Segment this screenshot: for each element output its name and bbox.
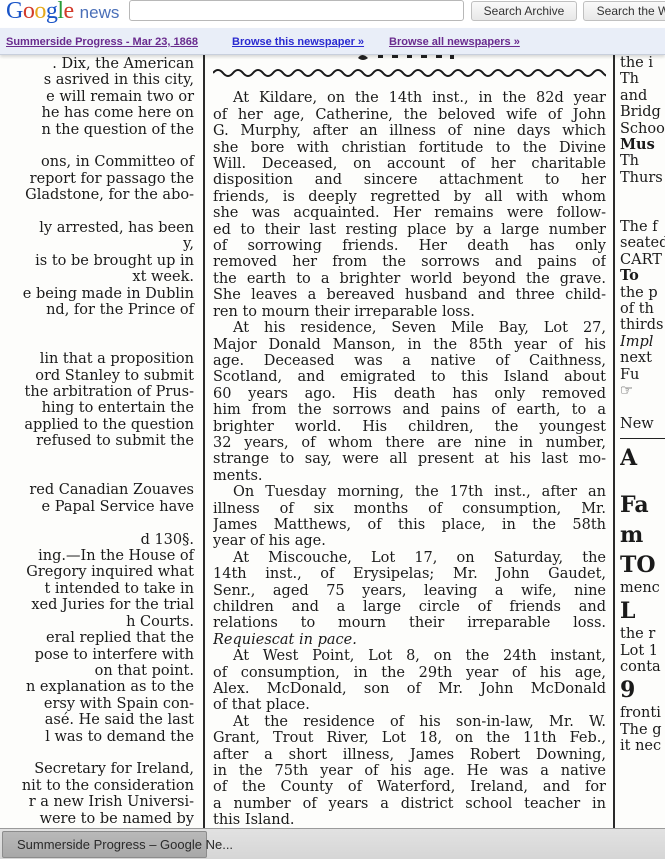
right-column-line: menc <box>620 580 665 596</box>
newspaper-page-viewer[interactable]: . Dix, the Americans asrived in this cit… <box>0 55 665 828</box>
right-column-line: Mus <box>620 137 665 153</box>
left-column-line: n the question of the <box>0 122 200 138</box>
left-column-line: ersy with Spain con- <box>0 696 200 712</box>
right-column-line: The f <box>620 219 665 235</box>
left-column-line: Secretary for Ireland, <box>0 761 200 777</box>
obituary-line: children and a large circle of friends a… <box>213 599 606 615</box>
column-divider <box>620 438 665 439</box>
left-column-line: d 130§. <box>0 532 200 548</box>
right-column-line: of th <box>620 301 665 317</box>
right-column-line: m <box>620 520 665 550</box>
obituary-line: disposition and sincere attachment to he… <box>213 172 606 188</box>
left-column-line: refused to submit the <box>0 433 200 449</box>
obituary-line: of the County of Waterford, Ireland, and… <box>213 779 606 795</box>
left-column-line: e Papal Service have <box>0 499 200 515</box>
right-column-line <box>620 473 665 489</box>
os-taskbar: Summerside Progress – Google Ne... <box>0 828 665 859</box>
right-column-line: ☞ <box>620 383 665 399</box>
right-column-line: thirds <box>620 317 665 333</box>
obituary-line: She leaves a bereaved husband and three … <box>213 287 606 303</box>
right-column-line <box>620 203 665 219</box>
left-column-line: Gladstone, for the abo- <box>0 187 200 203</box>
right-column-line: Fa <box>620 490 665 520</box>
left-column-line: xt week. <box>0 269 200 285</box>
right-column-line: it nec <box>620 738 665 754</box>
right-column-line: Schoo <box>620 121 665 137</box>
right-column-line: the p <box>620 285 665 301</box>
newspaper-issue-link[interactable]: Summerside Progress - Mar 23, 1868 <box>6 36 198 48</box>
left-column-line: t intended to take in <box>0 581 200 597</box>
left-column-line: red Canadian Zouaves <box>0 482 200 498</box>
left-column-line <box>0 450 200 466</box>
right-column-line: seated <box>620 235 665 251</box>
left-column-line: nd, for the Prince of <box>0 302 200 318</box>
obituary-line: in the 75th year of his age. He was a na… <box>213 763 606 779</box>
obituary-line: ments. <box>213 468 606 484</box>
right-column-line: The g <box>620 722 665 738</box>
obituary-line: age. Deceased was a native of Caithness, <box>213 353 606 369</box>
obituary-line: ed to their last resting place by a larg… <box>213 222 606 238</box>
obituary-line: G. Murphy, after an illness of nine days… <box>213 123 606 139</box>
taskbar-window-button[interactable]: Summerside Progress – Google Ne... <box>2 831 207 858</box>
obituary-notice: At the residence of his son-in-law, Mr. … <box>213 714 606 828</box>
obituary-notice: At his residence, Seven Mile Bay, Lot 27… <box>213 320 606 484</box>
obituary-line: Will. Deceased, on account of her charit… <box>213 156 606 172</box>
left-column-line: were to be named by <box>0 811 200 827</box>
search-archive-button[interactable]: Search Archive <box>471 1 577 21</box>
obituary-line: Scotland, and emigrated to this Island a… <box>213 369 606 385</box>
right-column-line: fronti <box>620 705 665 721</box>
obituary-line: this Island. <box>213 812 606 828</box>
left-column-line: ly arrested, has been <box>0 220 200 236</box>
obituary-list: At Kildare, on the 14th inst., in the 82… <box>213 90 606 828</box>
obituary-line: year of his age. <box>213 533 606 549</box>
obituary-line: James Matthews, of this place, in the 58… <box>213 517 606 533</box>
obituary-line: of her age, Catherine, the beloved wife … <box>213 107 606 123</box>
obituary-notice: At West Point, Lot 8, on the 24th instan… <box>213 648 606 714</box>
obituary-line: of that place. <box>213 697 606 713</box>
obituary-line: 60 years ago. His death has only removed <box>213 386 606 402</box>
left-column-line: the arbitration of Prus- <box>0 384 200 400</box>
google-news-header: Google news Search Archive Search the W <box>0 0 665 28</box>
obituary-line: 14th inst., of Erysipelas; Mr. John Gaud… <box>213 566 606 582</box>
left-column-line: y, <box>0 236 200 252</box>
column-rule <box>613 55 615 828</box>
right-column-line <box>620 400 665 416</box>
right-column-line: Fu <box>620 367 665 383</box>
left-column-line: report for passago the <box>0 171 200 187</box>
left-column-line <box>0 318 200 334</box>
obituary-line: On Tuesday morning, the 17th inst., afte… <box>213 484 606 500</box>
left-column-line: r a new Irish Universi- <box>0 794 200 810</box>
left-column-line: eral replied that the <box>0 630 200 646</box>
obituary-line: removed her from the sorrows and pains o… <box>213 254 606 270</box>
right-column-line: next <box>620 350 665 366</box>
google-wordmark: Google <box>6 0 74 25</box>
left-column-line: hing to entertain the <box>0 400 200 416</box>
obituary-line: Alex. McDonald, son of Mr. John McDonald <box>213 681 606 697</box>
left-column-line <box>0 745 200 761</box>
right-column-line: Th <box>620 71 665 87</box>
taskbar-window-title: Summerside Progress – Google Ne... <box>17 837 233 852</box>
right-column-line: Bridg <box>620 104 665 120</box>
search-web-button[interactable]: Search the W <box>583 1 665 21</box>
deaths-column: At Kildare, on the 14th inst., in the 82… <box>213 55 606 828</box>
obituary-line: At his residence, Seven Mile Bay, Lot 27… <box>213 320 606 336</box>
left-column-line <box>0 138 200 154</box>
right-column-line: Th <box>620 153 665 169</box>
obituary-line: a number of years a district school teac… <box>213 796 606 812</box>
left-column-line: applied to the question <box>0 417 200 433</box>
right-column-line: A <box>620 443 665 473</box>
obituary-line: Major Donald Manson, in the 85th year of… <box>213 337 606 353</box>
left-column-line: on that point. <box>0 663 200 679</box>
left-column-line: ord Stanley to submit <box>0 368 200 384</box>
obituary-line: strange to say, were all present at his … <box>213 451 606 467</box>
obituary-line: she bore with christian fortitude to the… <box>213 140 606 156</box>
obituary-line: Senr., aged 75 years, leaving a wife, ni… <box>213 583 606 599</box>
obituary-line: At the residence of his son-in-law, Mr. … <box>213 714 606 730</box>
wavy-divider-icon <box>213 66 606 80</box>
google-news-logo[interactable]: Google news <box>6 0 119 24</box>
left-column-line <box>0 204 200 220</box>
right-column-text: the i ThandBridgSchooMus ThThursThe fsea… <box>620 55 665 755</box>
left-column-line: is to be brought up in <box>0 253 200 269</box>
left-column-line: ons, in Committeo of <box>0 154 200 170</box>
obituary-line: the earth to a brighter world beyond the… <box>213 271 606 287</box>
obituary-line: At Kildare, on the 14th inst., in the 82… <box>213 90 606 106</box>
left-column-line <box>0 466 200 482</box>
left-column-line: Gregory inquired what <box>0 564 200 580</box>
heading-glyphs-icon <box>350 55 470 62</box>
obituary-line: illness of six months of consumption, Mr… <box>213 501 606 517</box>
right-column-line: the i <box>620 55 665 71</box>
right-column-line: Lot 1 <box>620 643 665 659</box>
obituary-line: Grant, Trout River, Lot 18, on the 11th … <box>213 730 606 746</box>
left-column-line: asé. He said the last <box>0 712 200 728</box>
left-column-line: pose to interfere with <box>0 647 200 663</box>
obituary-line: of sorrowing friends. Her death has only <box>213 238 606 254</box>
obituary-notice: At Kildare, on the 14th inst., in the 82… <box>213 90 606 320</box>
right-column-line: New <box>620 416 665 432</box>
right-column-line <box>620 186 665 202</box>
left-column-text: . Dix, the Americans asrived in this cit… <box>0 56 200 828</box>
column-rule <box>203 55 205 828</box>
left-column-line <box>0 515 200 531</box>
left-column-line: e being made in Dublin <box>0 286 200 302</box>
right-column-line: Thurs <box>620 170 665 186</box>
obituary-line: brighter world. His children, the younge… <box>213 419 606 435</box>
deaths-heading-fragment <box>213 55 606 64</box>
right-column-line: CART <box>620 252 665 268</box>
right-column-line: To <box>620 268 665 284</box>
right-column-line: TO <box>620 550 665 580</box>
obituary-line: At Miscouche, Lot 17, on Saturday, the <box>213 550 606 566</box>
obituary-benediction: Requiescat in pace. <box>213 632 606 648</box>
obituary-line: after a short illness, James Robert Down… <box>213 747 606 763</box>
newspaper-nav-bar: Summerside Progress - Mar 23, 1868 Brows… <box>0 28 665 55</box>
left-column-line <box>0 335 200 351</box>
obituary-line: of consumption, in the 29th year of his … <box>213 665 606 681</box>
obituary-line: him from the sorrows and pains of earth,… <box>213 402 606 418</box>
right-column-line: 9 <box>620 675 665 705</box>
obituary-notice: On Tuesday morning, the 17th inst., afte… <box>213 484 606 550</box>
browse-this-newspaper-link[interactable]: Browse this newspaper » <box>232 36 364 48</box>
right-column-line: Impl <box>620 334 665 350</box>
obituary-line: 32 years, of whom there are nine in numb… <box>213 435 606 451</box>
left-column-line: l was to demand the <box>0 729 200 745</box>
left-column-line: ing.—In the House of <box>0 548 200 564</box>
left-column-line: lin that a proposition <box>0 351 200 367</box>
archive-search-input[interactable] <box>129 0 464 21</box>
browse-all-newspapers-link[interactable]: Browse all newspapers » <box>389 36 520 48</box>
news-wordmark: news <box>80 3 120 23</box>
left-column-line: . Dix, the American <box>0 56 200 72</box>
left-column-line: nit to the consideration <box>0 778 200 794</box>
right-column-line: and <box>620 88 665 104</box>
right-column-line: conta <box>620 659 665 675</box>
obituary-line: At West Point, Lot 8, on the 24th instan… <box>213 648 606 664</box>
left-column-line: xed Juries for the trial <box>0 597 200 613</box>
right-column-line: the r <box>620 626 665 642</box>
obituary-line: she was acquainted. Her remains were fol… <box>213 205 606 221</box>
left-column-line: s asrived in this city, <box>0 72 200 88</box>
right-column-line: L <box>620 596 665 626</box>
left-column-line: e will remain two or <box>0 89 200 105</box>
obituary-line: ren to mourn their irreparable loss. <box>213 304 606 320</box>
left-column-line: h Courts. <box>0 614 200 630</box>
obituary-line: friends, is deeply regretted by all with… <box>213 189 606 205</box>
left-column-line: he has come here on <box>0 105 200 121</box>
obituary-line: relations to mourn their irreparable los… <box>213 615 606 631</box>
obituary-notice: At Miscouche, Lot 17, on Saturday, the14… <box>213 550 606 648</box>
left-column-line: n explanation as to the <box>0 679 200 695</box>
